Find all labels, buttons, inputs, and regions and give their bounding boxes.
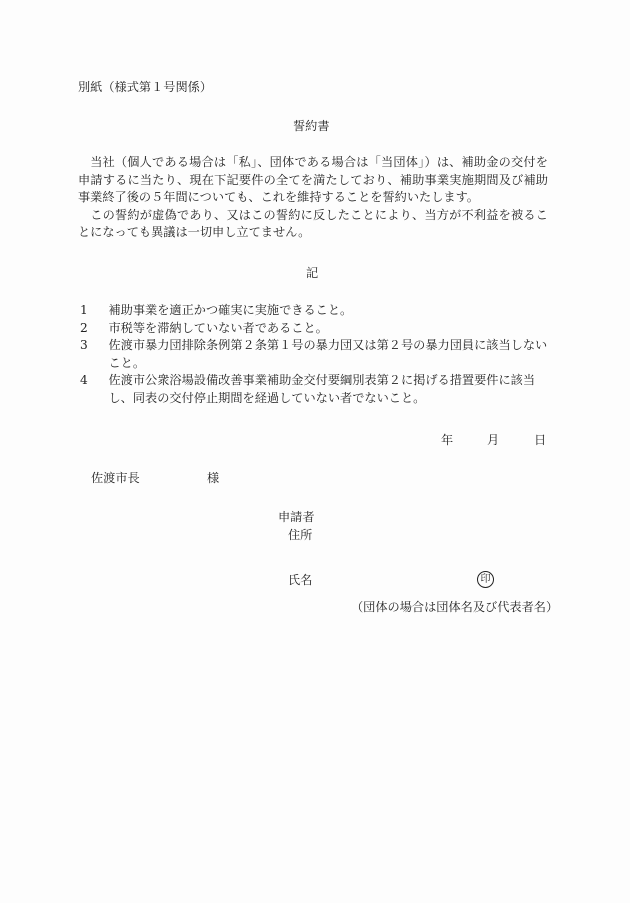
list-item: 2 市税等を滞納していない者であること。 (78, 320, 548, 338)
document-title: 誓約書 (293, 118, 330, 135)
item-text: 佐渡市公衆浴場設備改善事業補助金交付要綱別表第２に掲げる措置要件に該当し、同表の… (93, 372, 548, 407)
attachment-label: 別紙（様式第１号関係） (78, 79, 212, 96)
addressee-name: 佐渡市長 (91, 470, 140, 487)
list-item: 4 佐渡市公衆浴場設備改善事業補助金交付要綱別表第２に掲げる措置要件に該当し、同… (78, 372, 548, 407)
item-text: 補助事業を適正かつ確実に実施できること。 (93, 302, 548, 320)
date-day-label: 日 (534, 432, 546, 449)
item-text: 佐渡市暴力団排除条例第２条第１号の暴力団又は第２号の暴力団員に該当しないこと。 (93, 337, 548, 372)
pledge-document: 別紙（様式第１号関係） 誓約書 当社（個人である場合は「私」、団体である場合は「… (0, 0, 630, 903)
pledge-paragraph-2: この誓約が虚偽であり、又はこの誓約に反したことにより、当方が不利益を被ることにな… (78, 207, 548, 242)
applicant-label: 申請者 (278, 509, 315, 526)
date-month-label: 月 (487, 432, 499, 449)
seal-icon: 印 (477, 571, 494, 588)
address-label: 住所 (288, 527, 312, 544)
requirements-list: 1 補助事業を適正かつ確実に実施できること。 2 市税等を滞納していない者である… (78, 302, 548, 407)
date-year-label: 年 (441, 432, 453, 449)
name-label: 氏名 (288, 572, 312, 589)
group-name-note: （団体の場合は団体名及び代表者名） (351, 599, 558, 616)
item-text: 市税等を滞納していない者であること。 (93, 320, 548, 338)
item-number: 1 (80, 302, 88, 320)
list-item: 3 佐渡市暴力団排除条例第２条第１号の暴力団又は第２号の暴力団員に該当しないこと… (78, 337, 548, 372)
item-number: 2 (80, 320, 88, 338)
pledge-paragraph-1: 当社（個人である場合は「私」、団体である場合は「当団体」）は、補助金の交付を申請… (78, 154, 548, 207)
list-item: 1 補助事業を適正かつ確実に実施できること。 (78, 302, 548, 320)
item-number: 4 (80, 372, 88, 390)
pledge-body: 当社（個人である場合は「私」、団体である場合は「当団体」）は、補助金の交付を申請… (78, 154, 548, 242)
addressee-honorific: 様 (207, 470, 219, 487)
item-number: 3 (80, 337, 88, 355)
ki-heading: 記 (306, 265, 318, 282)
